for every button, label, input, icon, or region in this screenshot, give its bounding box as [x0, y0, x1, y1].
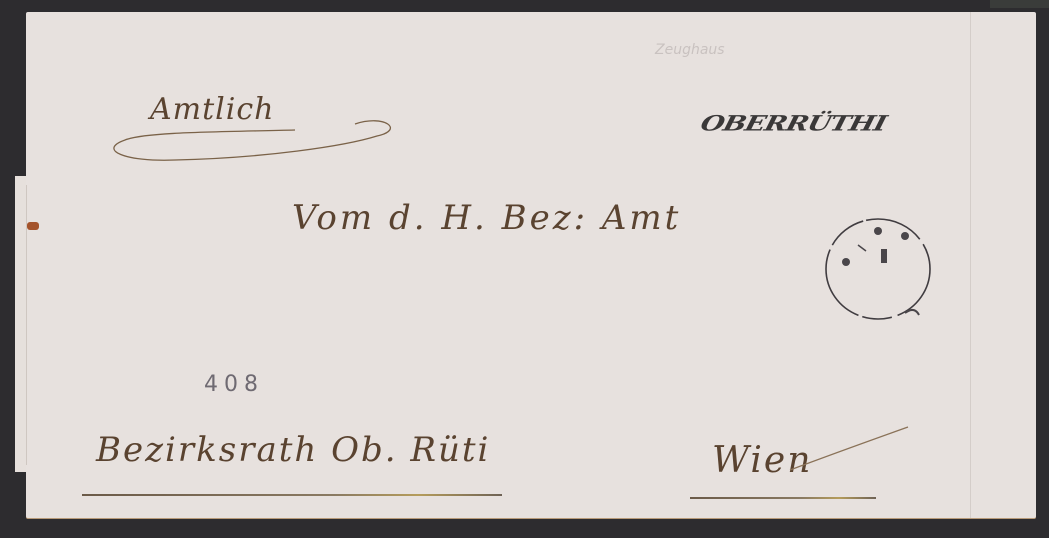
pencil-note: Zeughaus [655, 42, 725, 58]
sender-line: Bezirksrath Ob. Rüti [96, 430, 490, 470]
circular-date-stamp [823, 215, 933, 323]
background-object [990, 0, 1049, 8]
sender-underline [82, 494, 502, 496]
destination-flourish-icon [790, 425, 920, 475]
straight-line-postmark: OBERRÜTHI [698, 112, 889, 136]
scan-background: Amtlich Zeughaus OBERRÜTHI Vom d. H. Bez… [0, 0, 1049, 538]
fold-line [970, 12, 971, 518]
address-line-official: Vom d. H. Bez: Amt [292, 198, 681, 238]
destination-underline [690, 497, 876, 499]
sealing-wax-stain [27, 222, 39, 230]
pencil-number: 408 [204, 372, 264, 397]
flourish-icon [105, 110, 405, 170]
